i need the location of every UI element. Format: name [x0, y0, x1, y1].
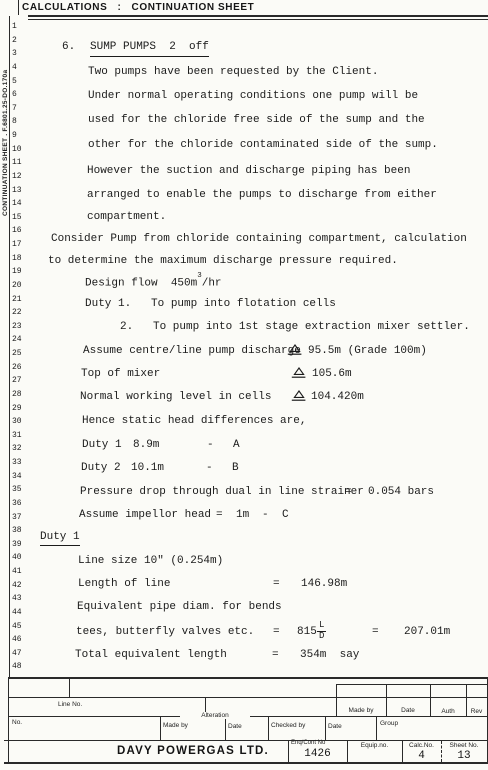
calculation-body: 6. SUMP PUMPS 2 off Two pumps have been … — [0, 0, 488, 770]
equip-no-label: Equip.no. — [347, 742, 402, 749]
length-value: 146.98m — [301, 578, 347, 591]
level-value: 95.5m (Grade 100m) — [308, 345, 427, 358]
equiv-value: 207.01m — [404, 626, 450, 639]
design-flow-unit: /hr — [202, 278, 222, 290]
company-name: DAVY POWERGAS LTD. — [117, 745, 269, 757]
calculation-sheet: CALCULATIONS : CONTINUATION SHEET CONTIN… — [0, 0, 488, 770]
design-flow-exponent: 3 — [197, 272, 202, 280]
static-head-intro: Hence static head differences are, — [82, 415, 306, 428]
impellor-value: 1m — [236, 509, 249, 522]
design-flow-line: Design flow 450m3/hr — [85, 274, 222, 291]
duty-value: 10.1m — [131, 462, 164, 475]
alteration-label: Alteration — [180, 712, 250, 719]
calc-no-label: Calc.No. — [402, 742, 441, 749]
impellor-ref: C — [282, 509, 289, 522]
section-heading: 6. SUMP PUMPS 2 off — [0, 41, 40, 93]
strainer-label: Pressure drop through dual in line strai… — [80, 486, 364, 499]
duty-dash: - — [207, 439, 214, 452]
footer-divider — [268, 716, 269, 740]
paragraph-line: compartment. — [87, 211, 166, 224]
duty-ref: B — [232, 462, 239, 475]
equals-sign: = — [273, 626, 280, 639]
footer-divider — [69, 678, 70, 697]
total-value: 354m say — [300, 649, 359, 662]
duty-dash: - — [206, 462, 213, 475]
auth-label: Auth — [430, 708, 466, 715]
footer-divider — [336, 684, 487, 685]
paragraph-line: to determine the maximum discharge press… — [48, 255, 398, 268]
checked-by-label: Checked by — [271, 722, 305, 729]
made-by-label: Made by — [336, 707, 386, 714]
enq-cont-value: 1426 — [288, 748, 347, 760]
paragraph-line: other for the chloride contaminated side… — [88, 139, 438, 152]
group-label: Group — [380, 720, 398, 727]
line-size: Line size 10" (0.254m) — [78, 555, 223, 568]
paragraph-line: used for the chloride free side of the s… — [88, 114, 425, 127]
footer-top-rule — [8, 677, 488, 679]
date-label: Date — [328, 723, 342, 730]
footer-divider — [160, 716, 161, 740]
datum-level-icon — [291, 390, 306, 407]
fraction-denominator: D — [319, 632, 324, 642]
equivalent-line-2: tees, butterfly valves etc. = 815 LD = 2… — [0, 620, 40, 646]
level-label: Top of mixer — [81, 368, 160, 381]
sheet-no-label: Sheet No. — [441, 742, 487, 749]
duty-label: Duty 2 — [81, 462, 121, 475]
footer-divider — [8, 697, 488, 698]
footer-left-rule — [8, 677, 9, 764]
impellor-label: Assume impellor head — [79, 509, 211, 522]
equivalent-line-1: Equivalent pipe diam. for bends — [77, 601, 282, 614]
duty-label: Duty 1 — [82, 439, 122, 452]
design-flow-text: Design flow 450m — [85, 278, 197, 290]
made-by-label: Made by — [163, 722, 188, 729]
length-label: Length of line — [78, 578, 170, 591]
sheet-no-value: 13 — [441, 750, 487, 762]
duty-ref: A — [233, 439, 240, 452]
equals-sign: = — [273, 578, 280, 591]
equals-sign: = — [216, 509, 223, 522]
datum-level-icon — [291, 367, 306, 384]
equiv-label: tees, butterfly valves etc. — [76, 626, 254, 639]
no-label: No. — [12, 719, 22, 726]
paragraph-line: Consider Pump from chloride containing c… — [51, 233, 467, 246]
level-value: 105.6m — [312, 368, 352, 381]
line-no-label: Line No. — [58, 701, 82, 708]
date-label: Date — [228, 723, 242, 730]
rev-label: Rev — [466, 708, 487, 715]
footer-divider — [325, 716, 326, 740]
paragraph-line: Two pumps have been requested by the Cli… — [88, 66, 378, 79]
fraction-numerator: L — [317, 621, 326, 632]
duty1-description: Duty 1. To pump into flotation cells — [85, 298, 336, 311]
total-line: Total equivalent length = 354m say — [0, 649, 40, 714]
datum-level-icon — [287, 344, 302, 361]
duty1-heading-text: Duty 1 — [40, 531, 80, 546]
section-title: SUMP PUMPS 2 off — [90, 41, 209, 57]
enq-cont-label: Enq/Cont No — [291, 740, 325, 746]
section-number: 6. — [62, 41, 75, 54]
footer-divider — [225, 716, 226, 740]
footer-divider — [4, 740, 488, 741]
level-label: Normal working level in cells — [80, 391, 271, 404]
footer-divider — [376, 716, 377, 740]
date-label: Date — [386, 707, 430, 714]
footer-bottom-rule — [4, 762, 488, 764]
impellor-dash: - — [262, 509, 269, 522]
paragraph-line: arranged to enable the pumps to discharg… — [87, 189, 437, 202]
duty1-heading: Duty 1 — [40, 531, 80, 544]
equals-sign: = — [272, 649, 279, 662]
duty2-description: 2. To pump into 1st stage extraction mix… — [120, 321, 470, 334]
paragraph-line: Under normal operating conditions one pu… — [88, 90, 418, 103]
equals-sign: = — [345, 486, 352, 499]
equiv-coefficient: 815 — [297, 626, 317, 639]
total-label: Total equivalent length — [75, 649, 227, 662]
level-value: 104.420m — [311, 391, 364, 404]
paragraph-line: However the suction and discharge piping… — [87, 165, 410, 178]
calc-no-value: 4 — [402, 750, 441, 762]
equals-sign: = — [372, 626, 379, 639]
l-over-d-fraction: LD — [317, 621, 326, 641]
duty-value: 8.9m — [133, 439, 159, 452]
level-label: Assume centre/line pump discharge — [83, 345, 301, 358]
strainer-value: 0.054 bars — [368, 486, 434, 499]
